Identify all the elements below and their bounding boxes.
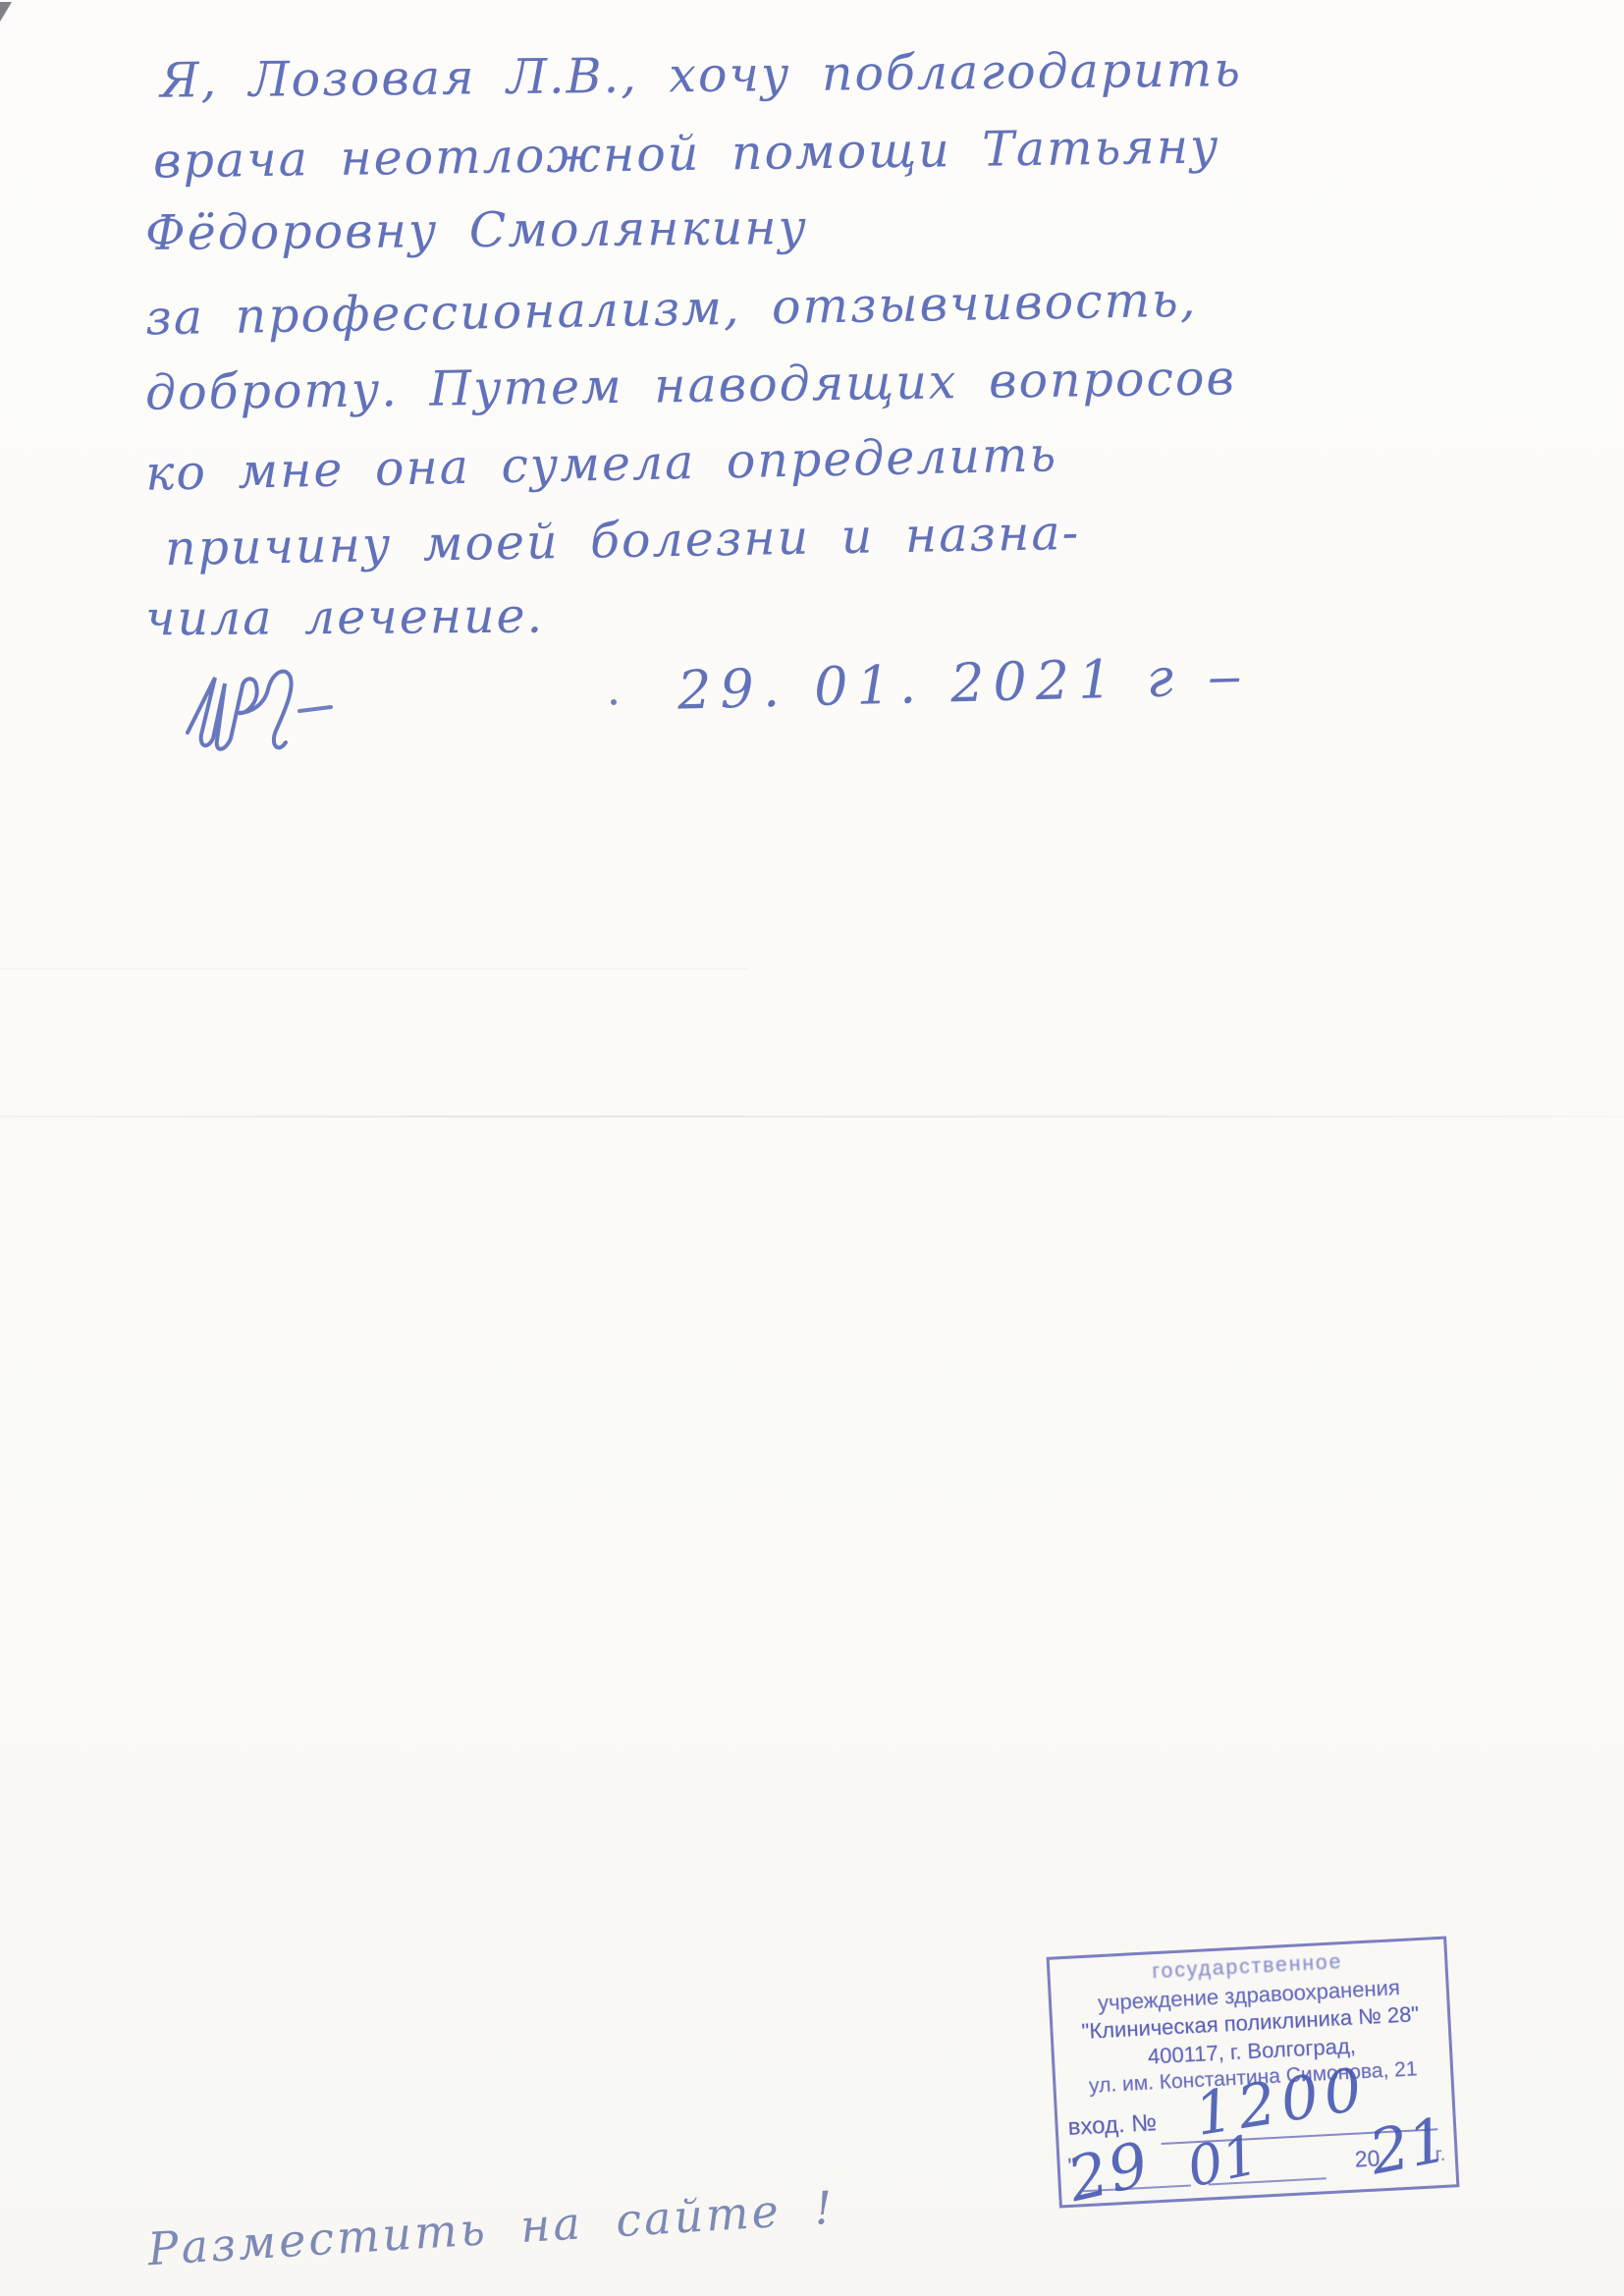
signature-scribble: [182, 656, 378, 769]
letter-line: Фёдоровну Смолянкину: [145, 199, 808, 261]
separator-dot: [611, 699, 617, 705]
letter-line: Я, Лозовая Л.В., хочу поблагодарить: [160, 41, 1242, 109]
letter-line: доброту. Путем наводящих вопросов: [145, 350, 1237, 421]
stamp-date-month-handwritten: 01: [1182, 2123, 1264, 2200]
letter-line: за профессионализм, отзывчивость,: [145, 272, 1198, 347]
signature-icon: [182, 656, 378, 764]
letter-line: врача неотложной помощи Татьяну: [153, 118, 1220, 189]
scan-corner-artifact: [0, 2, 12, 22]
registration-stamp: государственное учреждение здравоохранен…: [1047, 1936, 1460, 2208]
scanned-letter-page: Я, Лозовая Л.В., хочу поблагодарить врач…: [0, 0, 1624, 2296]
paper-fold-crease: [0, 1116, 1624, 1118]
paper-fold-crease: [0, 968, 747, 969]
letter-line: причину моей болезни и назна-: [165, 505, 1081, 576]
letter-date: 29. 01. 2021 г ‒: [677, 644, 1251, 721]
letter-line: чила лечение.: [145, 588, 545, 647]
letter-line: ко мне она сумела определить: [145, 426, 1058, 501]
stamp-date-year-handwritten: 21: [1364, 2104, 1453, 2189]
publish-annotation: Разместить на сайте !: [146, 2181, 837, 2276]
